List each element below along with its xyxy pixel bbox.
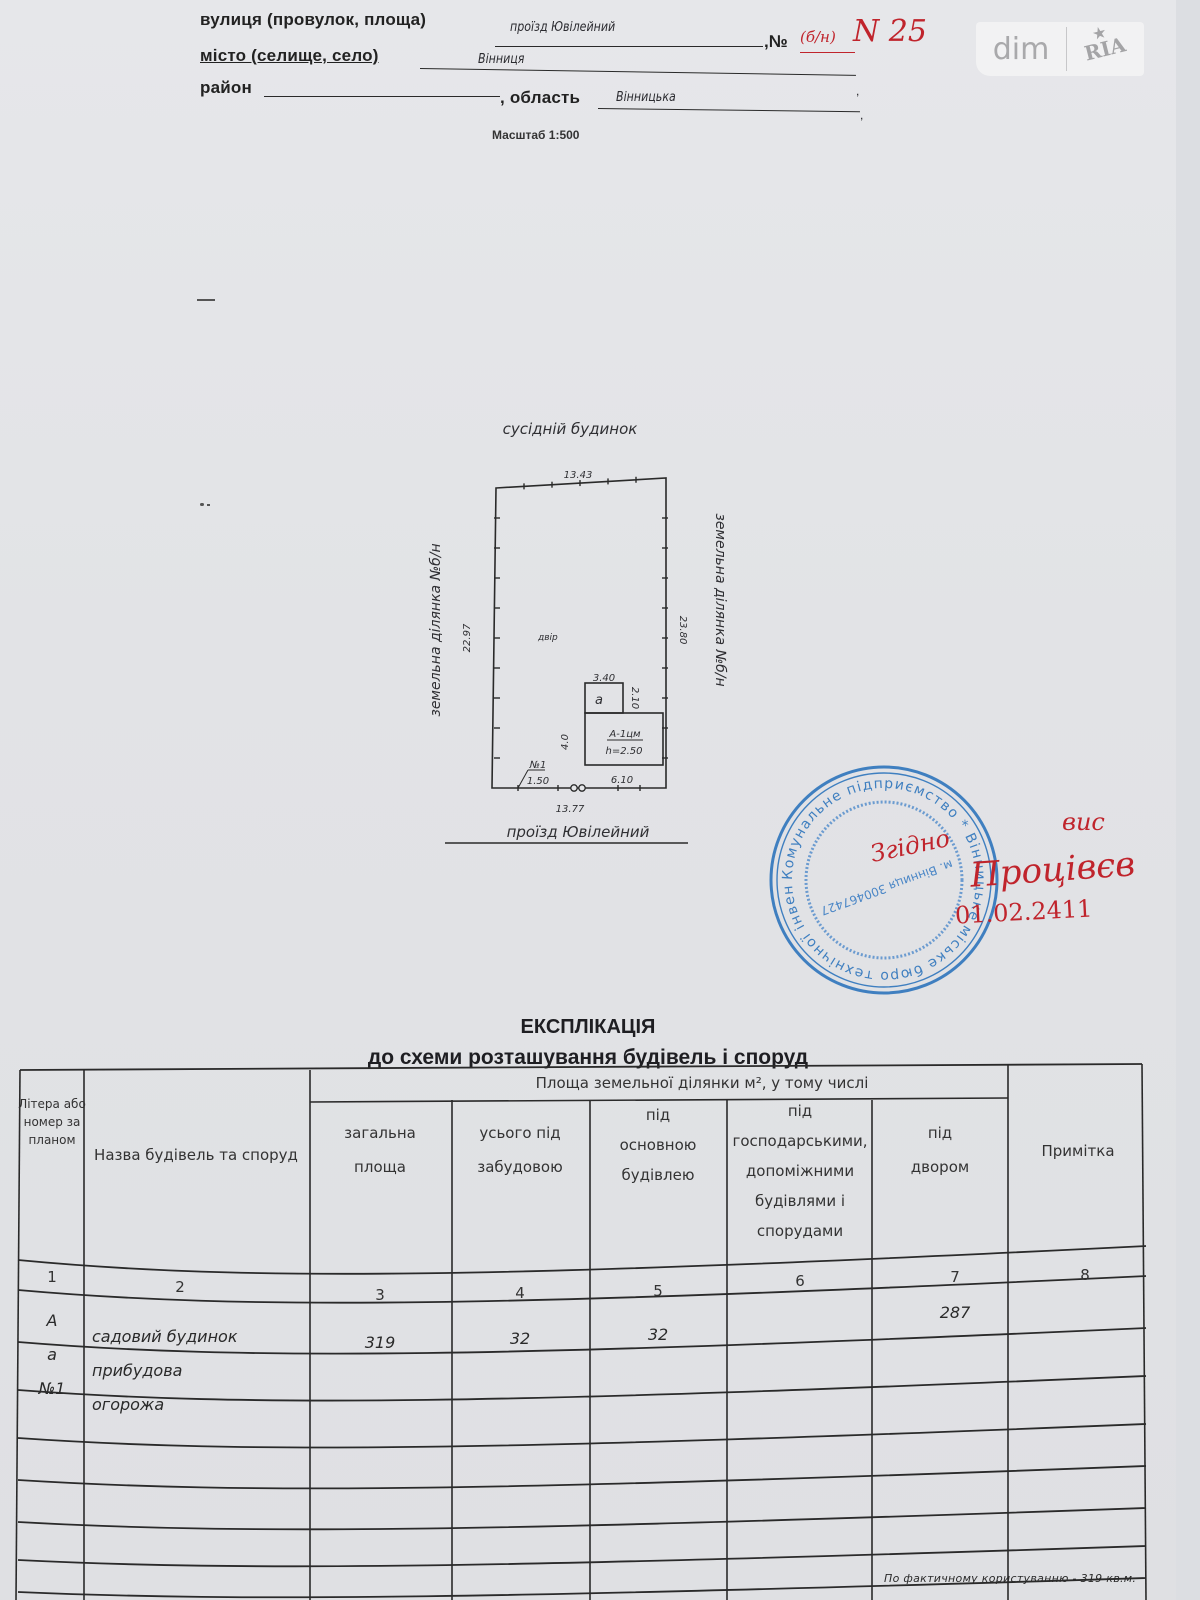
district-label: район — [200, 78, 252, 98]
watermark-dim: dim — [976, 32, 1066, 67]
annex-outline — [585, 683, 623, 713]
column-header-sub: загальна — [344, 1124, 416, 1142]
punch-mark — [207, 504, 210, 506]
fence-length: 1.50 — [527, 776, 549, 787]
explication-title: ЕКСПЛІКАЦІЯ — [0, 1016, 1176, 1039]
east-neighbor-label: земельна ділянка №б/н — [712, 513, 728, 686]
row-total-area: 319 — [365, 1333, 396, 1352]
dim-top: 13.43 — [564, 470, 593, 481]
dim-ria-watermark: dim ★ RIA — [976, 22, 1144, 76]
row-name: садовий будинок — [92, 1327, 238, 1346]
column-number: 8 — [1080, 1266, 1090, 1284]
west-neighbor-label: земельна ділянка №б/н — [428, 543, 444, 716]
footer-note: По фактичному користуванню - 319 кв.м. — [884, 1572, 1136, 1585]
row-letter: А — [46, 1311, 58, 1330]
punch-mark — [200, 503, 204, 506]
house-depth: 4.0 — [560, 734, 571, 750]
row-name: прибудова — [92, 1361, 182, 1380]
annex-depth: 2.10 — [629, 687, 640, 709]
street-value: проїзд Ювілейний — [510, 20, 615, 35]
house-label: А-1цм — [608, 729, 641, 740]
region-label: , область — [500, 88, 580, 108]
street-label: вулиця (провулок, площа) — [200, 10, 426, 30]
column-number: 6 — [795, 1272, 805, 1290]
column-header-note: Примітка — [1041, 1142, 1114, 1160]
row-yard-area: 287 — [940, 1303, 971, 1322]
stamp-inner-text: м. Вінниця 300467427 — [819, 857, 955, 918]
column-header-letter: номер за — [24, 1115, 81, 1129]
column-header-sub: будівлею — [622, 1166, 695, 1184]
column-number: 3 — [375, 1286, 385, 1304]
plot-boundary — [492, 478, 666, 788]
column-header-sub: усього під — [479, 1124, 560, 1142]
column-header-sub: під — [788, 1102, 812, 1120]
handwritten-number: N 25 — [853, 14, 927, 49]
fence-label: №1 — [529, 760, 547, 771]
column-number: 5 — [653, 1282, 663, 1300]
row-built-area: 32 — [510, 1329, 530, 1348]
column-header-sub: забудовою — [477, 1158, 563, 1176]
house-width: 6.10 — [611, 775, 633, 786]
column-header-sub: допоміжними — [746, 1162, 854, 1180]
city-value: Вінниця — [478, 52, 524, 67]
dim-left: 22.97 — [462, 623, 473, 652]
column-number: 4 — [515, 1284, 525, 1302]
region-value: Вінницька — [616, 90, 676, 105]
punch-mark — [197, 299, 215, 301]
row-letter: №1 — [38, 1379, 66, 1398]
star-icon: ★ — [1091, 25, 1107, 44]
column-header-sub: основною — [620, 1136, 697, 1154]
column-header-letter: планом — [28, 1133, 75, 1147]
scale-label: Масштаб 1:500 — [492, 128, 579, 142]
annex-width: 3.40 — [593, 673, 615, 684]
city-underline — [420, 68, 856, 76]
signature-date: 01.02.2411 — [954, 894, 1093, 929]
number-underline — [800, 52, 855, 53]
column-number: 1 — [47, 1268, 57, 1286]
row-main-building-area: 32 — [648, 1325, 668, 1344]
watermark-ria: ★ RIA — [1065, 28, 1145, 70]
north-neighbor-label: сусідній будинок — [503, 420, 638, 438]
district-underline — [264, 96, 500, 97]
signature-line2: вис — [1062, 808, 1105, 836]
column-number: 7 — [950, 1268, 960, 1286]
column-header-sub: будівлями і — [755, 1192, 845, 1210]
number-label: ,№ — [764, 32, 788, 52]
document-page: вулиця (провулок, площа) проїзд Ювілейни… — [0, 0, 1176, 1600]
column-header-sub: під — [928, 1124, 952, 1142]
column-header-sub: двором — [911, 1158, 969, 1176]
column-number: 2 — [175, 1278, 185, 1296]
row-name: огорожа — [92, 1395, 164, 1414]
explication-table: Літера абономер запланомНазва будівель т… — [0, 1060, 1176, 1600]
dim-bottom: 13.77 — [556, 804, 585, 815]
column-header-sub: під — [646, 1106, 670, 1124]
number-value: (б/н) — [800, 28, 836, 46]
column-header-sub: спорудами — [757, 1222, 843, 1240]
official-stamp: Комунальне підприємство * Вінницьке місь… — [764, 760, 1004, 1000]
south-street-label: проїзд Ювілейний — [507, 823, 650, 841]
column-header-name: Назва будівель та споруд — [94, 1146, 298, 1164]
street-underline — [495, 46, 763, 47]
annex-label: а — [595, 693, 603, 708]
column-header-sub: площа — [354, 1158, 406, 1176]
dim-right: 23.80 — [677, 616, 688, 645]
comma: , — [856, 84, 859, 98]
house-height: h=2.50 — [606, 746, 643, 757]
region-underline — [598, 108, 860, 112]
site-plan-drawing: сусідній будинок 13.43 13.77 двір 3.40 а… — [400, 400, 740, 860]
city-label: місто (селище, село) — [200, 46, 379, 66]
comma: , — [860, 108, 863, 122]
group-header-area: Площа земельної ділянки м², у тому числі — [536, 1074, 869, 1092]
yard-label: двір — [537, 633, 558, 643]
row-letter: а — [47, 1345, 57, 1364]
column-header-sub: господарськими, — [732, 1132, 867, 1150]
column-header-letter: Літера або — [18, 1097, 86, 1111]
